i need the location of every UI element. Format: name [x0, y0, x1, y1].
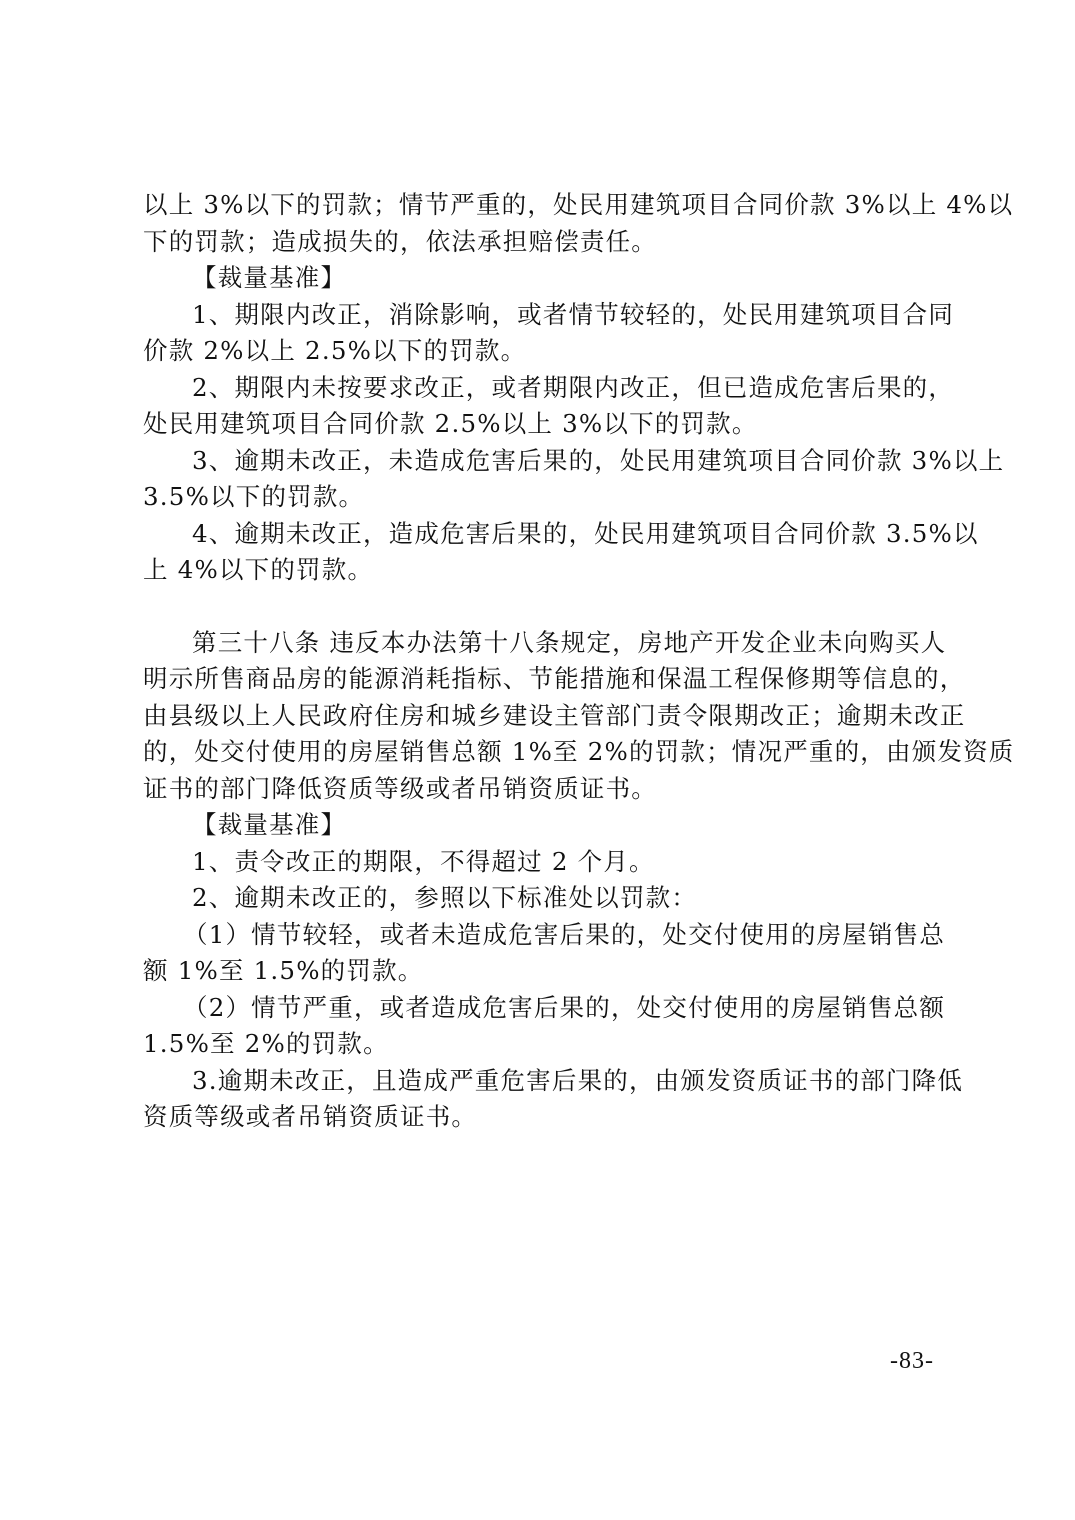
- section-heading-discretion-standard: 【裁量基准】: [143, 807, 943, 844]
- standard-item-1: 1、责令改正的期限，不得超过 2 个月。: [143, 844, 943, 881]
- standard-item-4: 4、逾期未改正，造成危害后果的，处民用建筑项目合同价款 3.5%以: [143, 516, 943, 553]
- article-38-title-line: 第三十八条 违反本办法第十八条规定，房地产开发企业未向购买人: [143, 625, 943, 662]
- standard-item-2: 2、逾期未改正的，参照以下标准处以罚款：: [143, 880, 943, 917]
- standard-item-3: 3、逾期未改正，未造成危害后果的，处民用建筑项目合同价款 3%以上: [143, 443, 943, 480]
- standard-item-2: 2、期限内未按要求改正，或者期限内改正，但已造成危害后果的，: [143, 370, 943, 407]
- paragraph-line: 由县级以上人民政府住房和城乡建设主管部门责令限期改正；逾期未改正: [143, 698, 943, 735]
- paragraph-line: 以上 3%以下的罚款；情节严重的，处民用建筑项目合同价款 3%以上 4%以: [143, 187, 943, 224]
- standard-item-3-cont: 3.5%以下的罚款。: [143, 479, 943, 516]
- article-38: 第三十八条 违反本办法第十八条规定，房地产开发企业未向购买人 明示所售商品房的能…: [143, 625, 943, 1136]
- standard-item-2-cont: 处民用建筑项目合同价款 2.5%以上 3%以下的罚款。: [143, 406, 943, 443]
- paragraph-line: 下的罚款；造成损失的，依法承担赔偿责任。: [143, 224, 943, 261]
- paragraph-line: 证书的部门降低资质等级或者吊销资质证书。: [143, 771, 943, 808]
- sub-item-2-cont: 1.5%至 2%的罚款。: [143, 1026, 943, 1063]
- paragraph-line: 的，处交付使用的房屋销售总额 1%至 2%的罚款；情况严重的，由颁发资质: [143, 734, 943, 771]
- standard-item-3: 3.逾期未改正，且造成严重危害后果的，由颁发资质证书的部门降低: [143, 1063, 943, 1100]
- page-number: -83-: [890, 1348, 934, 1375]
- standard-item-4-cont: 上 4%以下的罚款。: [143, 552, 943, 589]
- paragraph-gap: [143, 589, 943, 625]
- article-37-continuation: 以上 3%以下的罚款；情节严重的，处民用建筑项目合同价款 3%以上 4%以 下的…: [143, 187, 943, 589]
- sub-item-2: （2）情节严重，或者造成危害后果的，处交付使用的房屋销售总额: [143, 990, 943, 1027]
- section-heading-discretion-standard: 【裁量基准】: [143, 260, 943, 297]
- standard-item-3-cont: 资质等级或者吊销资质证书。: [143, 1099, 943, 1136]
- sub-item-1: （1）情节较轻，或者未造成危害后果的，处交付使用的房屋销售总: [143, 917, 943, 954]
- sub-item-1-cont: 额 1%至 1.5%的罚款。: [143, 953, 943, 990]
- standard-item-1: 1、期限内改正，消除影响，或者情节较轻的，处民用建筑项目合同: [143, 297, 943, 334]
- paragraph-line: 明示所售商品房的能源消耗指标、节能措施和保温工程保修期等信息的，: [143, 661, 943, 698]
- document-page: 以上 3%以下的罚款；情节严重的，处民用建筑项目合同价款 3%以上 4%以 下的…: [143, 187, 943, 1136]
- standard-item-1-cont: 价款 2%以上 2.5%以下的罚款。: [143, 333, 943, 370]
